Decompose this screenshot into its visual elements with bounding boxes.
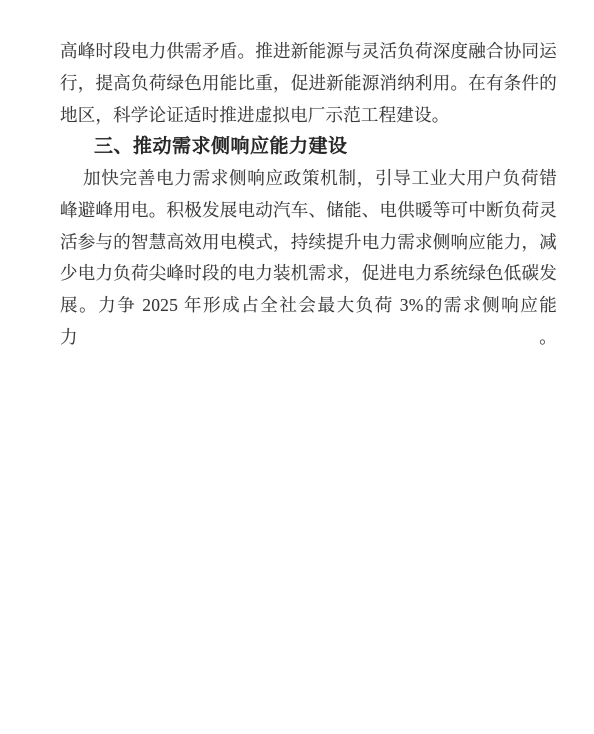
body-text-line: 高峰时段电力供需矛盾。推进新能源与灵活负荷深度融合协同运 xyxy=(60,36,557,68)
body-text-line: 地区，科学论证适时推进虚拟电厂示范工程建设。 xyxy=(60,100,557,132)
body-text-line: 展。力争 2025 年形成占全社会最大负荷 3%的需求侧响应能力。 xyxy=(60,290,557,322)
body-text-line: 行，提高负荷绿色用能比重，促进新能源消纳利用。在有条件的 xyxy=(60,68,557,100)
section-heading: 三、推动需求侧响应能力建设 xyxy=(60,131,557,163)
body-text-line: 加快完善电力需求侧响应政策机制，引导工业大用户负荷错 xyxy=(60,163,557,195)
document-page: 高峰时段电力供需矛盾。推进新能源与灵活负荷深度融合协同运 行，提高负荷绿色用能比… xyxy=(0,0,594,734)
body-text-line: 峰避峰用电。积极发展电动汽车、储能、电供暖等可中断负荷灵 xyxy=(60,195,557,227)
body-text-line: 少电力负荷尖峰时段的电力装机需求，促进电力系统绿色低碳发 xyxy=(60,258,557,290)
body-text-line: 活参与的智慧高效用电模式，持续提升电力需求侧响应能力，减 xyxy=(60,227,557,259)
